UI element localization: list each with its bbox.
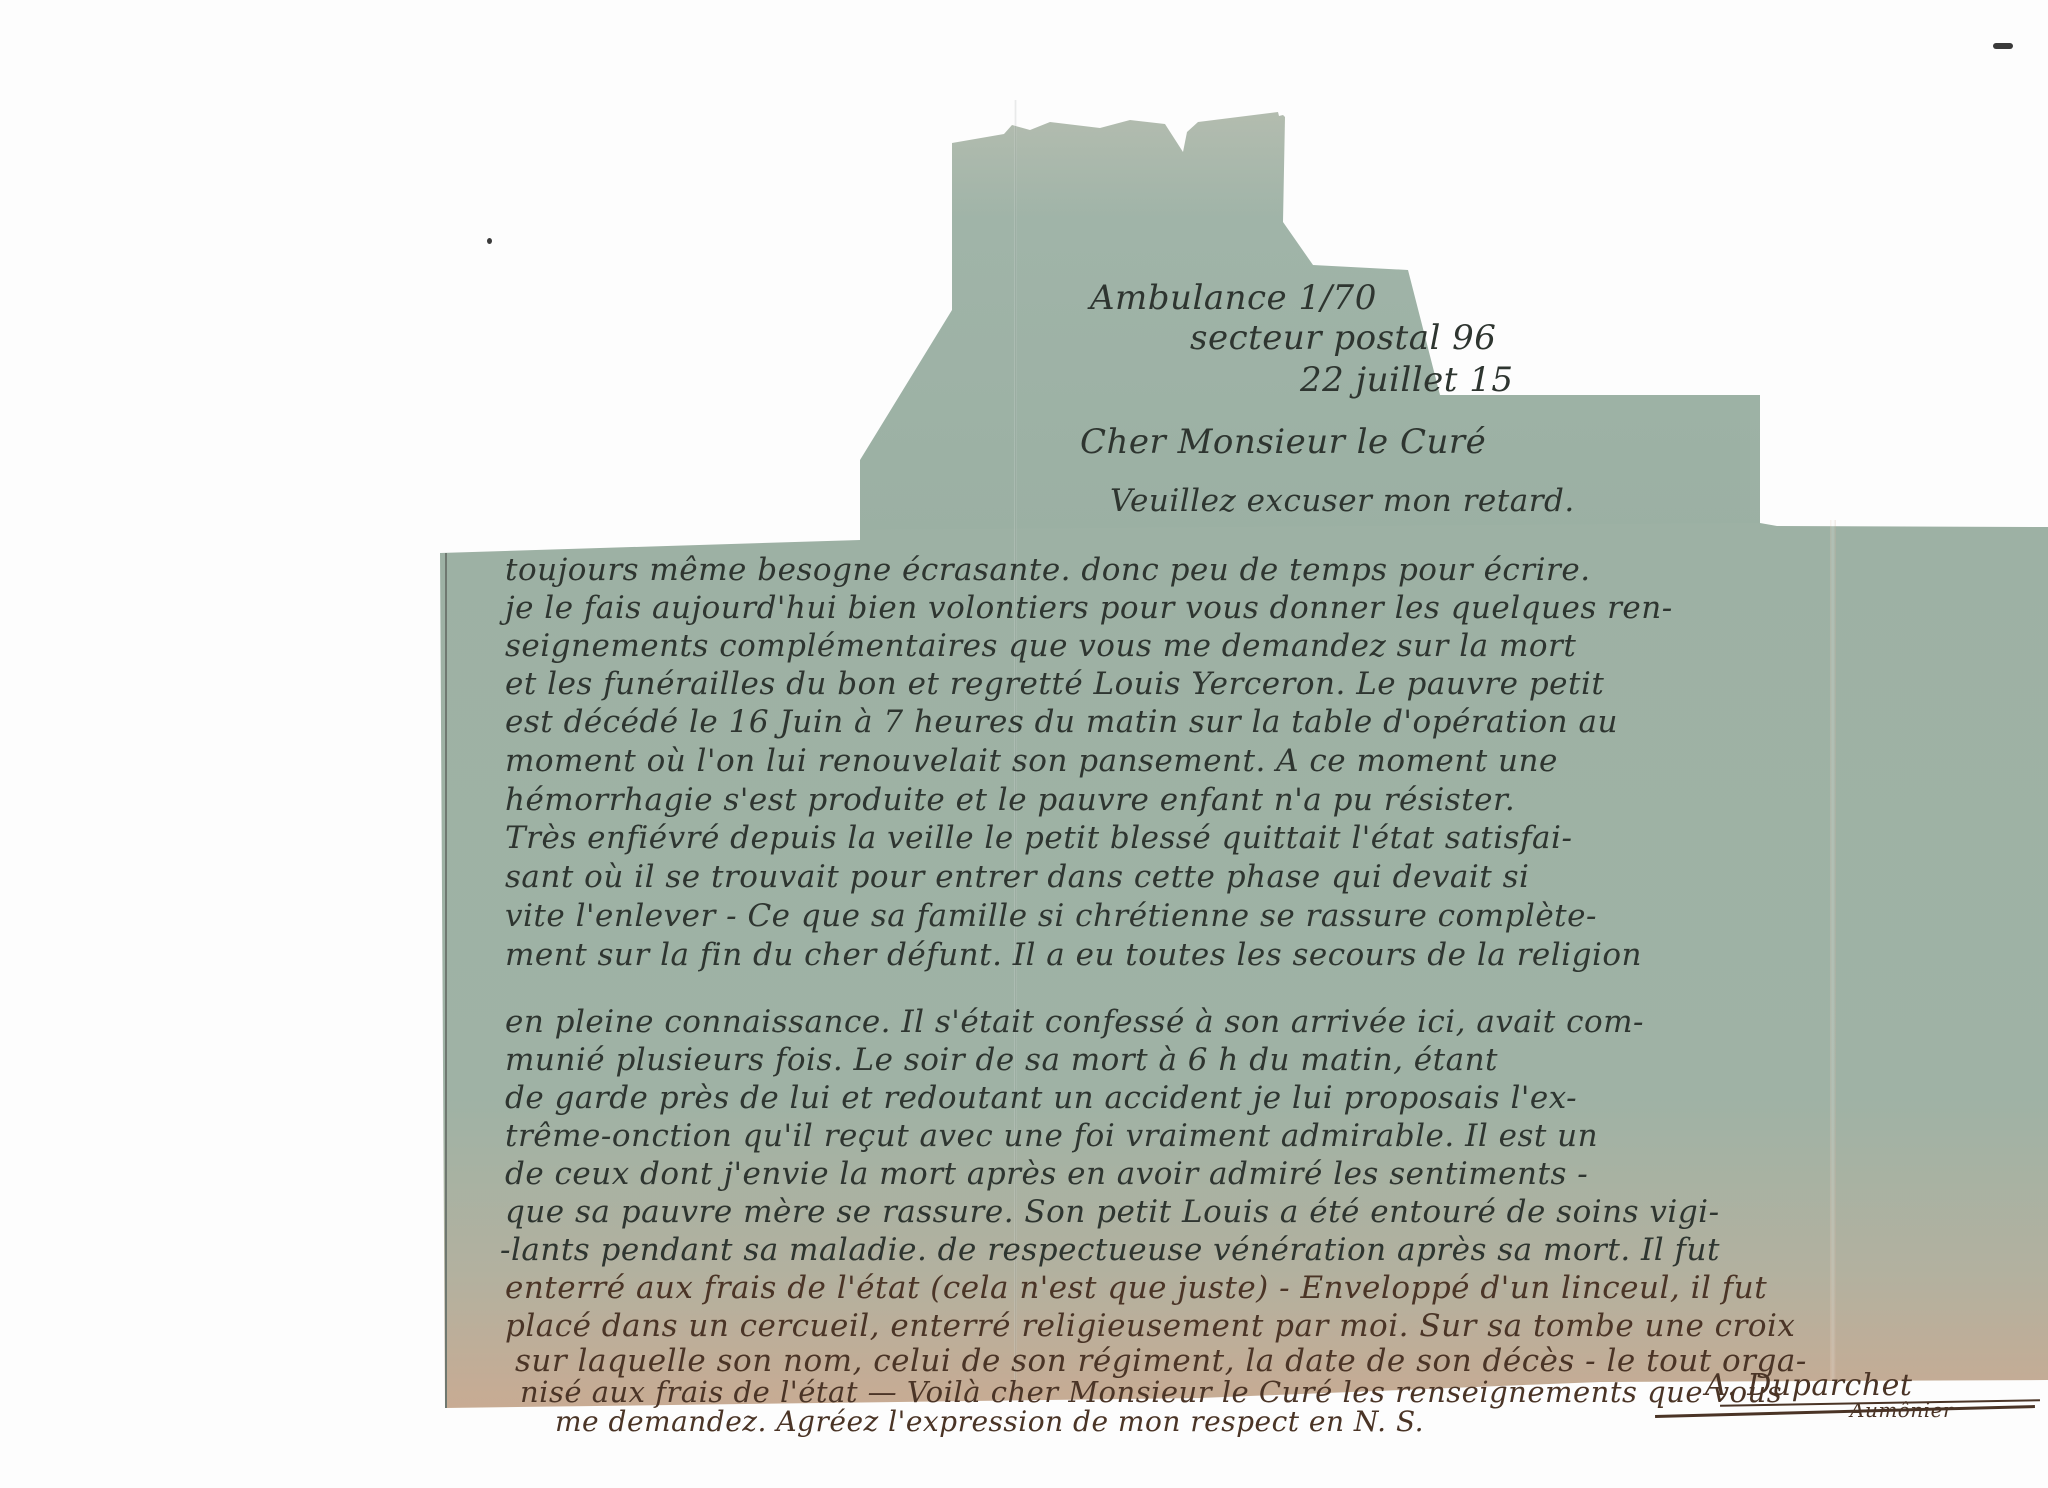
body-line: placé dans un cercueil, enterré religieu… <box>505 1308 1795 1344</box>
body-line: ment sur la fin du cher défunt. Il a eu … <box>505 937 1642 973</box>
body-line: me demandez. Agréez l'expression de mon … <box>555 1405 1424 1438</box>
header-date: 22 juillet 15 <box>1300 360 1514 400</box>
body-line: seignements complémentaires que vous me … <box>505 628 1576 664</box>
body-line: et les funérailles du bon et regretté Lo… <box>505 666 1604 702</box>
body-line: en pleine connaissance. Il s'était confe… <box>505 1004 1644 1040</box>
body-line: Veuillez excuser mon retard. <box>1110 483 1575 519</box>
body-line: -lants pendant sa maladie. de respectueu… <box>500 1232 1720 1268</box>
body-line: de ceux dont j'envie la mort après en av… <box>505 1156 1588 1192</box>
body-line: que sa pauvre mère se rassure. Son petit… <box>505 1194 1720 1230</box>
header-unit: Ambulance 1/70 <box>1090 278 1377 318</box>
body-line: trême-onction qu'il reçut avec une foi v… <box>505 1118 1598 1154</box>
salutation: Cher Monsieur le Curé <box>1080 422 1486 462</box>
body-line: hémorrhagie s'est produite et le pauvre … <box>505 782 1515 818</box>
body-line: est décédé le 16 Juin à 7 heures du mati… <box>505 704 1618 740</box>
body-line: enterré aux frais de l'état (cela n'est … <box>505 1270 1767 1306</box>
body-line: sur laquelle son nom, celui de son régim… <box>515 1343 1807 1379</box>
paper-fold <box>1830 520 1836 1380</box>
body-line: munié plusieurs fois. Le soir de sa mort… <box>505 1042 1498 1078</box>
body-line: Très enfiévré depuis la veille le petit … <box>505 820 1572 856</box>
body-line: sant où il se trouvait pour entrer dans … <box>505 859 1529 895</box>
body-line: toujours même besogne écrasante. donc pe… <box>505 552 1591 588</box>
body-line: de garde près de lui et redoutant un acc… <box>505 1080 1577 1116</box>
body-line: nisé aux frais de l'état — Voilà cher Mo… <box>520 1375 1782 1409</box>
body-line: moment où l'on lui renouvelait son panse… <box>505 743 1558 779</box>
body-line: je le fais aujourd'hui bien volontiers p… <box>505 590 1673 626</box>
header-postal-sector: secteur postal 96 <box>1190 318 1496 358</box>
body-line: vite l'enlever - Ce que sa famille si ch… <box>505 898 1597 934</box>
